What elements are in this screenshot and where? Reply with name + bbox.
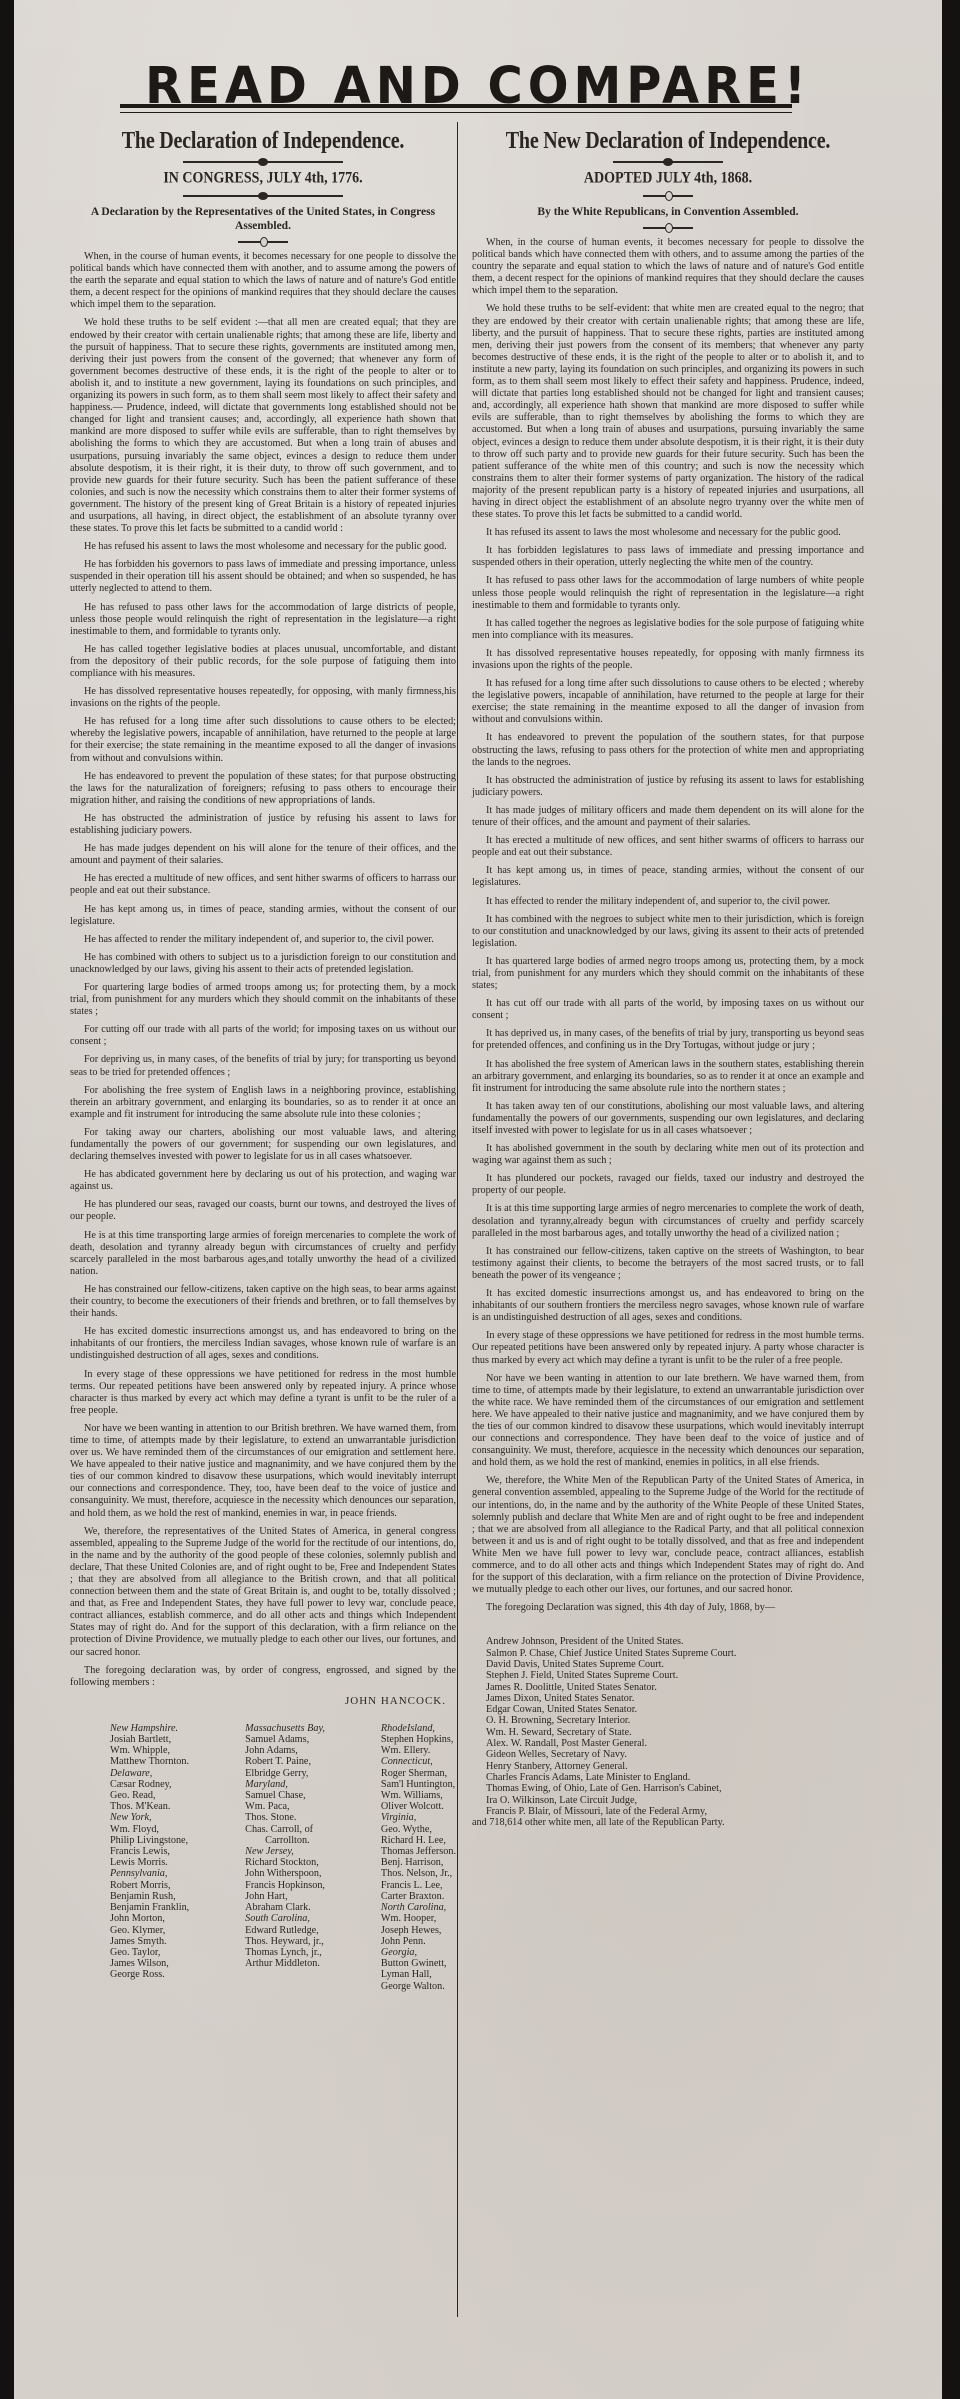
- signer-name: Thos. Stone.: [245, 1812, 325, 1823]
- signer-name: Wm. H. Seward, Secretary of State.: [472, 1727, 864, 1738]
- paragraph: It has abolished the free system of Amer…: [472, 1059, 864, 1095]
- column-1868: The New Declaration of Independence. ADO…: [472, 120, 864, 1828]
- masthead-rule-thin: [120, 112, 792, 113]
- signer-name: James Dixon, United States Senator.: [472, 1693, 864, 1704]
- signer-name: Geo. Klymer,: [110, 1925, 189, 1936]
- signer-name: Samuel Chase,: [245, 1790, 325, 1801]
- paragraph: He has refused his assent to laws the mo…: [70, 541, 456, 553]
- signer-column: New Hampshire.Josiah Bartlett,Wm. Whippl…: [110, 1723, 189, 1992]
- paragraph: The foregoing Declaration was signed, th…: [472, 1602, 864, 1614]
- state-name: Virginia,: [381, 1812, 456, 1823]
- signer-name: Robert T. Paine,: [245, 1756, 325, 1767]
- signer-name: Geo. Wythe,: [381, 1824, 456, 1835]
- paragraph: He has called together legislative bodie…: [70, 644, 456, 680]
- paragraph: He has refused to pass other laws for th…: [70, 602, 456, 638]
- paragraph: It has combined with the negroes to subj…: [472, 914, 864, 950]
- state-name: Massachusetts Bay,: [245, 1723, 325, 1734]
- ornament-small-icon: [643, 225, 693, 231]
- signer-name: Thomas Lynch, jr.,: [245, 1947, 325, 1958]
- signer-name: Thos. Nelson, Jr.,: [381, 1868, 456, 1879]
- signer-column: RhodeIsland,Stephen Hopkins,Wm. Ellery.C…: [381, 1723, 456, 1992]
- signer-name: Francis L. Lee,: [381, 1880, 456, 1891]
- signer-name: Salmon P. Chase, Chief Justice United St…: [472, 1648, 864, 1659]
- paragraph: He has refused for a long time after suc…: [70, 716, 456, 764]
- signer-name: Benjamin Rush,: [110, 1891, 189, 1902]
- paragraph: It has quartered large bodies of armed n…: [472, 956, 864, 992]
- signer-name: Richard H. Lee,: [381, 1835, 456, 1846]
- signer-column: Massachusetts Bay,Samuel Adams,John Adam…: [245, 1723, 325, 1992]
- state-name: Delaware,: [110, 1768, 189, 1779]
- column-subtitle: ADOPTED JULY 4th, 1868.: [472, 170, 864, 188]
- state-name: New York,: [110, 1812, 189, 1823]
- paragraph: It has abolished government in the south…: [472, 1143, 864, 1167]
- signer-name: Joseph Hewes,: [381, 1925, 456, 1936]
- paragraph: Nor have we been wanting in attention to…: [70, 1423, 456, 1520]
- signer-name: John Hart,: [245, 1891, 325, 1902]
- state-name: Maryland,: [245, 1779, 325, 1790]
- state-name: New Hampshire.: [110, 1723, 189, 1734]
- signer-name: Button Gwinett,: [381, 1958, 456, 1969]
- signer-name: Thomas Ewing, of Ohio, Late of Gen. Harr…: [472, 1783, 864, 1794]
- signer-name: Thos. Heyward, jr.,: [245, 1936, 325, 1947]
- declaration-body: When, in the course of human events, it …: [70, 251, 456, 1689]
- signer-name: Philip Livingstone,: [110, 1835, 189, 1846]
- paragraph: It has plundered our pockets, ravaged ou…: [472, 1173, 864, 1197]
- paragraph: For cutting off our trade with all parts…: [70, 1024, 456, 1048]
- signer-list: Andrew Johnson, President of the United …: [472, 1636, 864, 1828]
- signer-name: Andrew Johnson, President of the United …: [472, 1636, 864, 1647]
- signer-name: Francis Lewis,: [110, 1846, 189, 1857]
- paragraph: In every stage of these oppressions we h…: [70, 1369, 456, 1417]
- signer-name: Oliver Wolcott.: [381, 1801, 456, 1812]
- paragraph: For depriving us, in many cases, of the …: [70, 1054, 456, 1078]
- signer-name: John Adams,: [245, 1745, 325, 1756]
- paragraph: It has deprived us, in many cases, of th…: [472, 1028, 864, 1052]
- signer-name: Josiah Bartlett,: [110, 1734, 189, 1745]
- signer-name: Wm. Williams,: [381, 1790, 456, 1801]
- president-signature: JOHN HANCOCK.: [70, 1695, 446, 1707]
- signer-name: Wm. Whipple,: [110, 1745, 189, 1756]
- signer-name: Cæsar Rodney,: [110, 1779, 189, 1790]
- signer-name: Edward Rutledge,: [245, 1925, 325, 1936]
- ornament-small-icon: [238, 239, 288, 245]
- signer-name: Robert Morris,: [110, 1880, 189, 1891]
- paragraph: He has constrained our fellow-citizens, …: [70, 1284, 456, 1320]
- paragraph: We, therefore, the representatives of th…: [70, 1526, 456, 1659]
- ornament-rule-icon: [183, 159, 343, 165]
- state-name: Connecticut,: [381, 1756, 456, 1767]
- signer-name: Elbridge Gerry,: [245, 1768, 325, 1779]
- paragraph: The foregoing declaration was, by order …: [70, 1665, 456, 1689]
- signer-name: Wm. Ellery.: [381, 1745, 456, 1756]
- declaration-body: When, in the course of human events, it …: [472, 237, 864, 1614]
- paragraph: For abolishing the free system of Englis…: [70, 1085, 456, 1121]
- signer-list: New Hampshire.Josiah Bartlett,Wm. Whippl…: [70, 1723, 456, 1992]
- paragraph: It has cut off our trade with all parts …: [472, 998, 864, 1022]
- signer-name: Carter Braxton.: [381, 1891, 456, 1902]
- signer-name: John Penn.: [381, 1936, 456, 1947]
- signer-name: Wm. Hooper,: [381, 1913, 456, 1924]
- paragraph: It has forbidden legislatures to pass la…: [472, 545, 864, 569]
- paragraph: We hold these truths to be self-evident:…: [472, 303, 864, 521]
- signer-name: Sam'l Huntington,: [381, 1779, 456, 1790]
- signer-name: Alex. W. Randall, Post Master General.: [472, 1738, 864, 1749]
- column-preamble: A Declaration by the Representatives of …: [80, 205, 446, 233]
- signer-name: Geo. Read,: [110, 1790, 189, 1801]
- signer-name: Abraham Clark.: [245, 1902, 325, 1913]
- column-subtitle: IN CONGRESS, JULY 4th, 1776.: [70, 170, 456, 188]
- signer-name: Thomas Jefferson.: [381, 1846, 456, 1857]
- paragraph: It has effected to render the military i…: [472, 896, 864, 908]
- broadside-sheet: READ AND COMPARE! The Declaration of Ind…: [14, 0, 942, 2399]
- signer-name: George Ross.: [110, 1969, 189, 1980]
- paragraph: He has dissolved representative houses r…: [70, 686, 456, 710]
- ornament-rule-icon: [643, 193, 693, 199]
- paragraph: It has refused to pass other laws for th…: [472, 575, 864, 611]
- paragraph: He has erected a multitude of new office…: [70, 873, 456, 897]
- paragraph: It has refused for a long time after suc…: [472, 678, 864, 726]
- signer-name: Lewis Morris.: [110, 1857, 189, 1868]
- paragraph: It has kept among us, in times of peace,…: [472, 865, 864, 889]
- signer-name: Lyman Hall,: [381, 1969, 456, 1980]
- signer-name: James Wilson,: [110, 1958, 189, 1969]
- column-preamble: By the White Republicans, in Convention …: [482, 205, 854, 219]
- paragraph: It has called together the negroes as le…: [472, 618, 864, 642]
- signer-name: O. H. Browning, Secretary Interior.: [472, 1715, 864, 1726]
- paragraph: He has forbidden his governors to pass l…: [70, 559, 456, 595]
- paragraph: It has erected a multitude of new office…: [472, 835, 864, 859]
- signer-name: Stephen J. Field, United States Supreme …: [472, 1670, 864, 1681]
- signer-name: Geo. Taylor,: [110, 1947, 189, 1958]
- state-name: RhodeIsland,: [381, 1723, 456, 1734]
- column-title: The Declaration of Independence.: [70, 128, 456, 156]
- paragraph: For quartering large bodies of armed tro…: [70, 982, 456, 1018]
- signer-name: Francis P. Blair, of Missouri, late of t…: [472, 1806, 864, 1817]
- signer-name: Samuel Adams,: [245, 1734, 325, 1745]
- signer-name: James R. Doolittle, United States Senato…: [472, 1682, 864, 1693]
- paragraph: He has affected to render the military i…: [70, 934, 456, 946]
- paragraph: It has dissolved representative houses r…: [472, 648, 864, 672]
- signer-name: John Morton,: [110, 1913, 189, 1924]
- signer-name: Roger Sherman,: [381, 1768, 456, 1779]
- paragraph: When, in the course of human events, it …: [70, 251, 456, 311]
- paragraph: Nor have we been wanting in attention to…: [472, 1373, 864, 1470]
- column-title: The New Declaration of Independence.: [472, 128, 864, 156]
- signer-name: Benj. Harrison,: [381, 1857, 456, 1868]
- signer-name: Carrollton.: [245, 1835, 325, 1846]
- paragraph: It has made judges of military officers …: [472, 805, 864, 829]
- paragraph: It has taken away ten of our constitutio…: [472, 1101, 864, 1137]
- paragraph: In every stage of these oppressions we h…: [472, 1330, 864, 1366]
- paragraph: It has constrained our fellow-citizens, …: [472, 1246, 864, 1282]
- signer-name: David Davis, United States Supreme Court…: [472, 1659, 864, 1670]
- paragraph: He is at this time transporting large ar…: [70, 1230, 456, 1278]
- state-name: North Carolina,: [381, 1902, 456, 1913]
- column-1776: The Declaration of Independence. IN CONG…: [70, 120, 456, 1992]
- signer-name: Wm. Paca,: [245, 1801, 325, 1812]
- signer-name: Ira O. Wilkinson, Late Circuit Judge,: [472, 1795, 864, 1806]
- paragraph: He has combined with others to subject u…: [70, 952, 456, 976]
- paragraph: He has endeavored to prevent the populat…: [70, 771, 456, 807]
- paragraph: We, therefore, the White Men of the Repu…: [472, 1475, 864, 1596]
- paragraph: It is at this time supporting large armi…: [472, 1203, 864, 1239]
- column-divider: [457, 122, 458, 2317]
- paragraph: It has refused its assent to laws the mo…: [472, 527, 864, 539]
- paragraph: He has abdicated government here by decl…: [70, 1169, 456, 1193]
- signer-name: Chas. Carroll, of: [245, 1824, 325, 1835]
- signer-name: Gideon Welles, Secretary of Navy.: [472, 1749, 864, 1760]
- paragraph: It has obstructed the administration of …: [472, 775, 864, 799]
- signer-name: Francis Hopkinson,: [245, 1880, 325, 1891]
- paragraph: He has made judges dependent on his will…: [70, 843, 456, 867]
- paragraph: He has excited domestic insurrections am…: [70, 1326, 456, 1362]
- signer-name: Thos. M'Kean.: [110, 1801, 189, 1812]
- state-name: Pennsylvania,: [110, 1868, 189, 1879]
- closing-line: and 718,614 other white men, all late of…: [472, 1817, 864, 1828]
- paragraph: For taking away our charters, abolishing…: [70, 1127, 456, 1163]
- signer-name: Benjamin Franklin,: [110, 1902, 189, 1913]
- signer-name: Arthur Middleton.: [245, 1958, 325, 1969]
- state-name: Georgia,: [381, 1947, 456, 1958]
- state-name: South Carolina,: [245, 1913, 325, 1924]
- state-name: New Jersey,: [245, 1846, 325, 1857]
- signer-name: James Smyth.: [110, 1936, 189, 1947]
- paragraph: He has obstructed the administration of …: [70, 813, 456, 837]
- signer-name: Matthew Thornton.: [110, 1756, 189, 1767]
- ornament-rule-icon: [183, 193, 343, 199]
- ornament-rule-icon: [613, 159, 723, 165]
- signer-name: Stephen Hopkins,: [381, 1734, 456, 1745]
- paragraph: When, in the course of human events, it …: [472, 237, 864, 297]
- paragraph: He has kept among us, in times of peace,…: [70, 904, 456, 928]
- masthead-rule: [120, 104, 792, 108]
- signer-name: Charles Francis Adams, Late Minister to …: [472, 1772, 864, 1783]
- signer-name: Wm. Floyd,: [110, 1824, 189, 1835]
- signer-name: Richard Stockton,: [245, 1857, 325, 1868]
- signer-name: John Witherspoon,: [245, 1868, 325, 1879]
- signer-name: Henry Stanbery, Attorney General.: [472, 1761, 864, 1772]
- paragraph: We hold these truths to be self evident …: [70, 317, 456, 535]
- signer-name: George Walton.: [381, 1981, 456, 1992]
- paragraph: It has excited domestic insurrections am…: [472, 1288, 864, 1324]
- paragraph: He has plundered our seas, ravaged our c…: [70, 1199, 456, 1223]
- signer-name: Edgar Cowan, United States Senator.: [472, 1704, 864, 1715]
- paragraph: It has endeavored to prevent the populat…: [472, 732, 864, 768]
